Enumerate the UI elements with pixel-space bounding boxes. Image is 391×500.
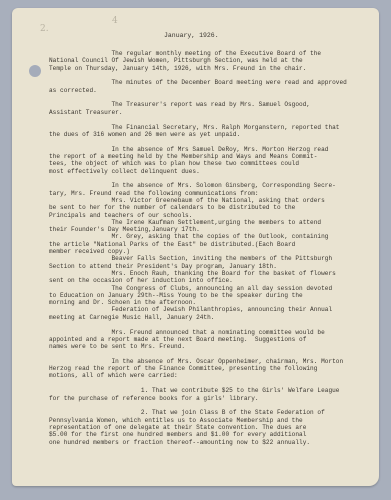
- text-line: Temple on Thursday, January 14th, 1926, …: [49, 65, 384, 72]
- handwritten-mark: 4: [112, 16, 118, 26]
- text-line: be sent to her for the number of calenda…: [49, 204, 384, 211]
- text-line: Mrs. Enoch Rauh, thanking the Board for …: [49, 270, 384, 277]
- text-line: Herzog read the report of the Finance Co…: [49, 365, 384, 372]
- paragraph-gap: [49, 321, 384, 329]
- text-line: National Council Of Jewish Women, Pittsb…: [49, 57, 384, 64]
- paragraph-gap: [49, 175, 384, 183]
- text-line: Mrs. Freund announced that a nominating …: [49, 329, 384, 336]
- text-line: Federation of Jewish Philanthropies, ann…: [49, 306, 384, 313]
- text-line: Assistant Treasurer.: [49, 109, 384, 116]
- text-line: 2. That we join Class B of the State Fed…: [49, 409, 384, 416]
- document-page: 2. 4 January, 1926. The regular monthly …: [12, 8, 379, 486]
- handwritten-mark: 2.: [40, 24, 49, 34]
- text-line: for the purchase of reference books for …: [49, 395, 384, 402]
- paragraph-gap: [49, 116, 384, 124]
- paragraph-gap: [49, 350, 384, 358]
- text-line: The Treasurer's report was read by Mrs. …: [49, 101, 384, 108]
- text-line: The Financial Secretary, Mrs. Ralph Morg…: [49, 124, 384, 131]
- text-line: most effectively collect delinquent dues…: [49, 168, 384, 175]
- text-line: tees, the object of which was to plan ho…: [49, 160, 384, 167]
- document-body: The regular monthly meeting of the Execu…: [49, 50, 384, 446]
- text-line: appointed and a report made at the next …: [49, 336, 384, 343]
- text-line: 1. That we contribute $25 to the Girls' …: [49, 387, 384, 394]
- text-line: meeting at Carnegie Music Hall, January …: [49, 314, 384, 321]
- text-line: The minutes of the December Board meetin…: [49, 79, 384, 86]
- text-line: representation of one delegate at their …: [49, 424, 384, 431]
- text-line: The Irene Kaufman Settlement,urging the …: [49, 219, 384, 226]
- text-line: $5.00 for the first one hundred members …: [49, 431, 384, 438]
- text-line: Mr. Grey, asking that the copies of the …: [49, 233, 384, 240]
- text-line: motions, all of which were carried:: [49, 372, 384, 379]
- text-line: Pennsylvania Women, which entitles us to…: [49, 417, 384, 424]
- text-line: morning and Dr. Schoen in the afternoon.: [49, 299, 384, 306]
- text-line: member received copy.): [49, 248, 384, 255]
- text-line: The regular monthly meeting of the Execu…: [49, 50, 384, 57]
- text-line: In the absence of Mrs. Oscar Oppenheimer…: [49, 358, 384, 365]
- text-line: as corrected.: [49, 87, 384, 94]
- paragraph-gap: [49, 72, 384, 80]
- punch-hole: [29, 65, 41, 77]
- text-line: Beaver Falls Section, inviting the membe…: [49, 255, 384, 262]
- text-line: In the absence of Mrs Samuel DeRoy, Mrs.…: [49, 146, 384, 153]
- paragraph-gap: [49, 94, 384, 102]
- text-line: Principals and teachers of our schools.: [49, 212, 384, 219]
- text-line: their Founder's Day Meeting,January 17th…: [49, 226, 384, 233]
- text-line: The Congress of Clubs, announcing an all…: [49, 285, 384, 292]
- text-line: to Education on January 29th--Miss Young…: [49, 292, 384, 299]
- text-line: one hundred members or fraction thereof-…: [49, 439, 384, 446]
- text-line: Section to attend their President's Day …: [49, 263, 384, 270]
- text-line: tary, Mrs. Freund read the following com…: [49, 190, 384, 197]
- text-line: names were to be sent to Mrs. Freund.: [49, 343, 384, 350]
- paragraph-gap: [49, 402, 384, 410]
- paragraph-gap: [49, 138, 384, 146]
- text-line: the dues of 316 women and 26 men were as…: [49, 131, 384, 138]
- text-line: Mrs. Victor Greenebaum of the National, …: [49, 197, 384, 204]
- document-date: January, 1926.: [164, 32, 219, 39]
- paragraph-gap: [49, 380, 384, 388]
- text-line: In the absence of Mrs. Solomon Ginsberg,…: [49, 182, 384, 189]
- text-line: the article "National Parks of the East"…: [49, 241, 384, 248]
- text-line: sent on the occasion of her induction in…: [49, 277, 384, 284]
- text-line: the report of a meeting held by the Memb…: [49, 153, 384, 160]
